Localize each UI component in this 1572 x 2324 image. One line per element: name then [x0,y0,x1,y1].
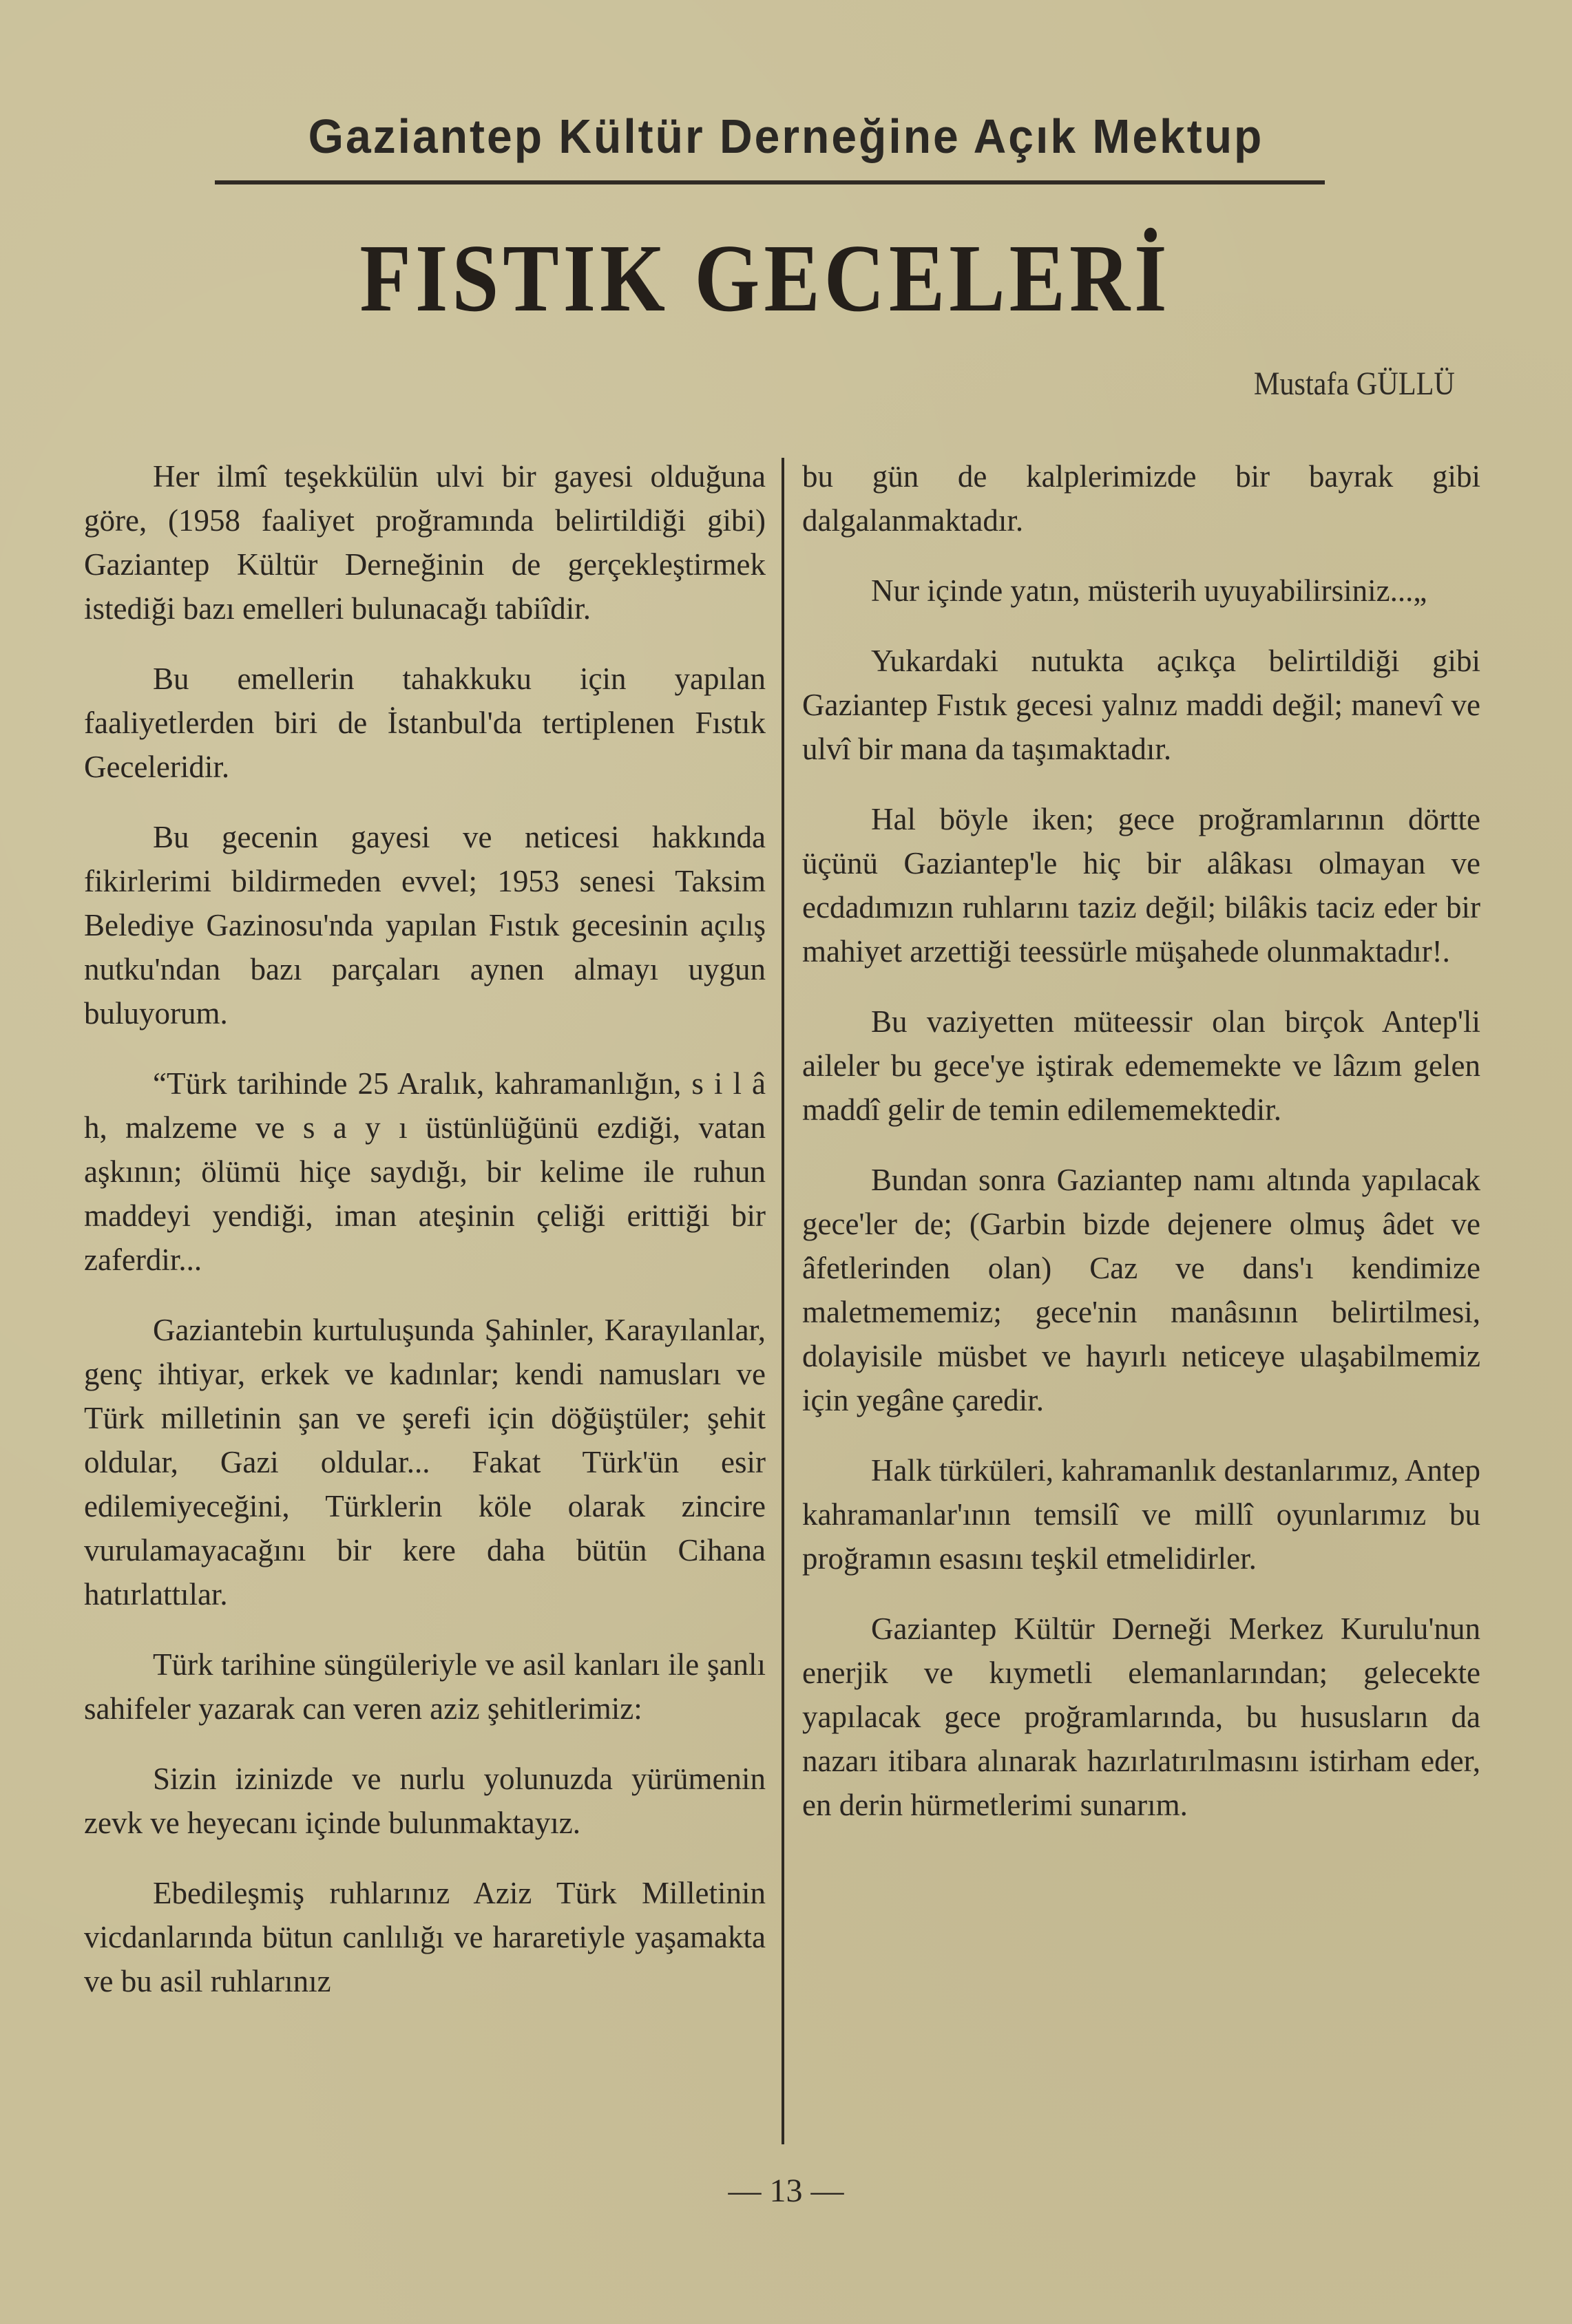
paragraph: Gaziantebin kurtuluşunda Şahinler, Karay… [84,1308,766,1616]
paragraph: Halk türküleri, kahramanlık destanlarımı… [802,1448,1480,1581]
article-title: FISTIK GECELERİ [0,224,1572,335]
section-header: Gaziantep Kültür Derneğine Açık Mektup [0,109,1572,164]
paragraph: Gaziantep Kültür Derneği Merkez Kurulu'n… [802,1607,1480,1827]
paragraph: Ebedileşmiş ruhlarınız Aziz Türk Milleti… [84,1871,766,2003]
paragraph: Bu emellerin tahakkuku için yapılan faal… [84,657,766,789]
paragraph: Yukardaki nutukta açıkça belirtildiği gi… [802,639,1480,771]
quote-paragraph: “Türk tarihinde 25 Aralık, kahramanlığın… [84,1061,766,1282]
right-column: bu gün de kalplerimizde bir bayrak gibi … [802,454,1480,1853]
page-number: — 13 — [0,2172,1572,2210]
paragraph: Her ilmî teşekkülün ulvi bir gayesi oldu… [84,454,766,631]
paragraph: Bundan sonra Gaziantep namı altında yapı… [802,1158,1480,1422]
header-rule-divider [215,180,1325,184]
paragraph: Nur içinde yatın, müsterih uyuyabilirsin… [802,569,1480,613]
paragraph: Hal böyle iken; gece proğramlarının dört… [802,797,1480,973]
paragraph: Sizin izinizde ve nurlu yolunuzda yürüme… [84,1757,766,1845]
magazine-page: Gaziantep Kültür Derneğine Açık Mektup F… [0,0,1572,2324]
paragraph: Bu vaziyetten müteessir olan birçok Ante… [802,1000,1480,1132]
paragraph: Bu gecenin gayesi ve neticesi hakkında f… [84,815,766,1035]
continuation-paragraph: bu gün de kalplerimizde bir bayrak gibi … [802,454,1480,542]
author-byline: Mustafa GÜLLÜ [1254,365,1455,403]
paragraph: Türk tarihine süngüleriyle ve asil kanla… [84,1642,766,1731]
column-divider [782,458,784,2144]
left-column: Her ilmî teşekkülün ulvi bir gayesi oldu… [84,454,766,2029]
